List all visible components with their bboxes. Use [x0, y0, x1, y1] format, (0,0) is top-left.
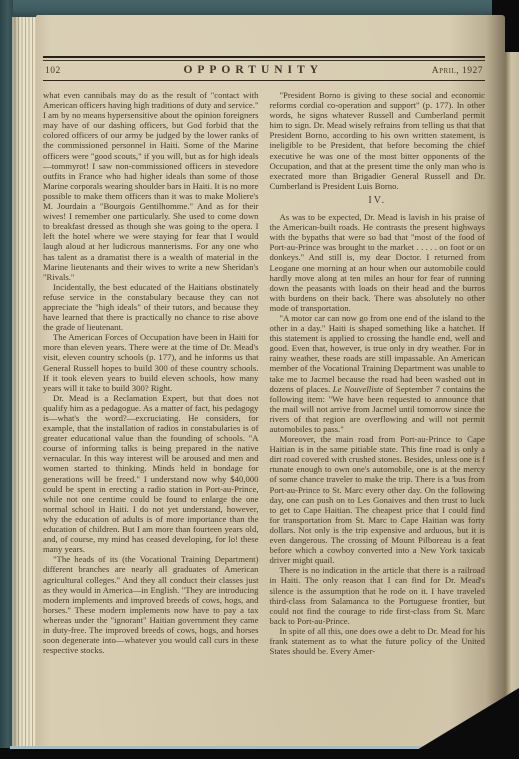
paragraph: Incidentally, the best educated of the H… [43, 282, 259, 332]
magazine-page: 102 OPPORTUNITY April, 1927 what even ca… [36, 15, 505, 748]
masthead: 102 OPPORTUNITY April, 1927 [43, 56, 485, 81]
paragraph: Dr. Mead is a Reclamation Expert, but th… [43, 393, 259, 555]
paragraph: In spite of all this, one does owe a deb… [270, 626, 486, 656]
paragraph: As was to be expected, Dr. Mead is lavis… [270, 212, 486, 313]
right-column: "President Borno is giving to these soci… [270, 90, 486, 736]
paragraph: There is no indication in the article th… [270, 565, 486, 626]
paragraph: The American Forces of Occupation have b… [43, 332, 259, 393]
paragraph: Moreover, the main road from Port-au-Pri… [270, 434, 486, 565]
paragraph: "President Borno is giving to these soci… [270, 90, 486, 191]
scanned-book-photo: 102 OPPORTUNITY April, 1927 what even ca… [0, 0, 519, 759]
adjacent-page-edge [505, 52, 519, 720]
section-heading: IV. [270, 196, 486, 206]
paragraph: what even cannibals may do as the result… [43, 90, 259, 282]
article-body: what even cannibals may do as the result… [43, 90, 485, 736]
issue-date: April, 1927 [432, 66, 483, 76]
journal-title: OPPORTUNITY [169, 64, 323, 76]
paragraph: "The heads of its (the Vocational Traini… [43, 554, 259, 655]
masthead-bottom-rule [43, 80, 485, 81]
paragraph: "A motor car can now go from one end of … [270, 313, 486, 434]
book-bottom-edge [10, 746, 458, 749]
page-edge-stack [12, 17, 38, 747]
left-column: what even cannibals may do as the result… [43, 90, 259, 736]
page-number: 102 [45, 66, 61, 76]
